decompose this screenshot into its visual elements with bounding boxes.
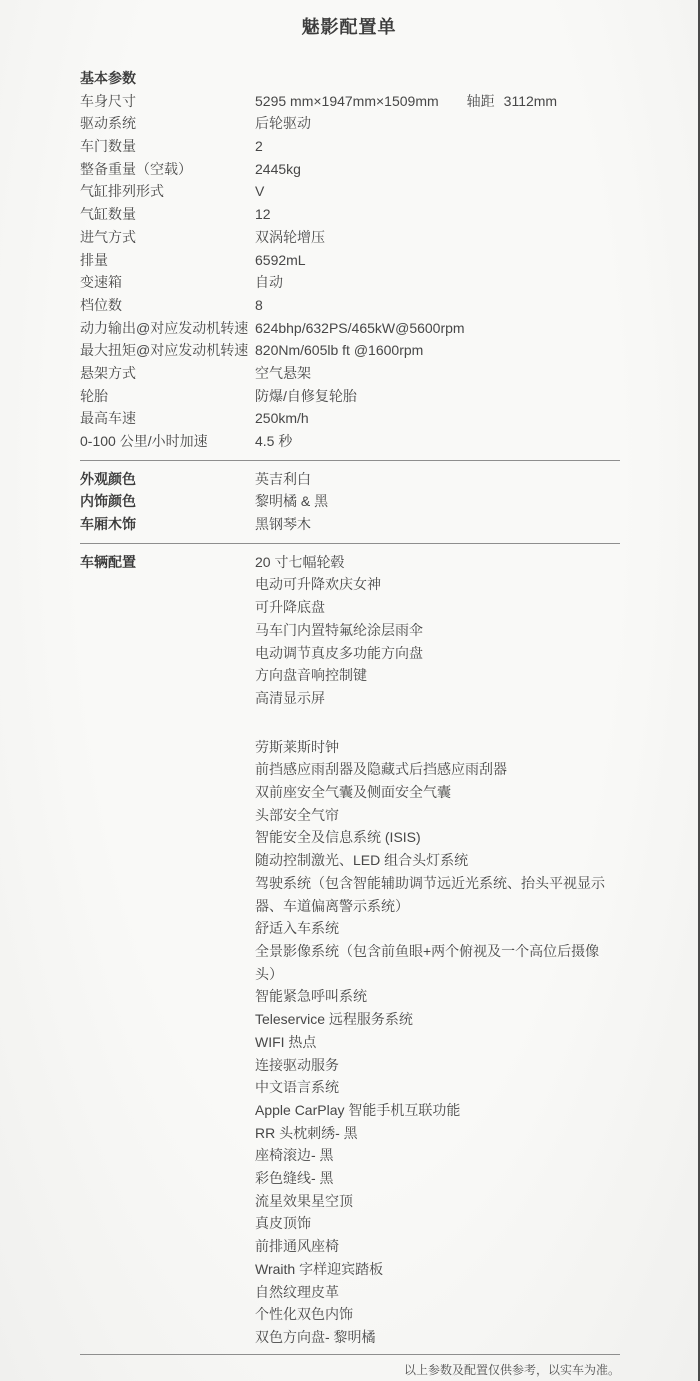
spec-value: 4.5 秒	[255, 430, 292, 453]
spec-row-max-torque: 最大扭矩@对应发动机转速 820Nm/605lb ft @1600rpm	[80, 339, 620, 362]
spec-row-interior-color: 内饰颜色 黎明橘 & 黑	[80, 490, 620, 513]
spec-extra: 轴距3112mm	[467, 90, 557, 113]
spec-row-doors: 车门数量 2	[80, 135, 620, 158]
config-item: RR 头枕刺绣- 黑	[255, 1122, 620, 1145]
spec-value: 双涡轮增压	[255, 226, 325, 249]
spec-row-displacement: 排量 6592mL	[80, 249, 620, 272]
config-item: 20 寸七幅轮毂	[255, 551, 620, 574]
spec-value: 12	[255, 203, 271, 226]
config-item: 劳斯莱斯时钟	[255, 736, 620, 759]
config-item: 前挡感应雨刮器及隐藏式后挡感应雨刮器	[255, 758, 620, 781]
spec-label: 变速箱	[80, 271, 255, 294]
spec-label: 车厢木饰	[80, 513, 255, 536]
spec-value: 自动	[255, 271, 283, 294]
section-vehicle-config: 车辆配置 20 寸七幅轮毂 电动可升降欢庆女神 可升降底盘 马车门内置特氟纶涂层…	[80, 551, 620, 1349]
config-item: Apple CarPlay 智能手机互联功能	[255, 1099, 620, 1122]
config-item: 连接驱动服务	[255, 1054, 620, 1077]
spec-row-cylinder-count: 气缸数量 12	[80, 203, 620, 226]
config-item-list-group2: 劳斯莱斯时钟 前挡感应雨刮器及隐藏式后挡感应雨刮器 双前座安全气囊及侧面安全气囊…	[255, 736, 620, 1349]
config-item: 驾驶系统（包含智能辅助调节远近光系统、抬头平视显示器、车道偏离警示系统）	[255, 872, 620, 917]
config-item: 个性化双色内饰	[255, 1303, 620, 1326]
spec-row-body-size: 车身尺寸 5295 mm×1947mm×1509mm 轴距3112mm	[80, 90, 620, 113]
divider	[80, 543, 620, 544]
spec-label: 排量	[80, 249, 255, 272]
config-item: 马车门内置特氟纶涂层雨伞	[255, 619, 620, 642]
config-item: 自然纹理皮革	[255, 1281, 620, 1304]
spec-value: V	[255, 180, 264, 203]
config-item: 全景影像系统（包含前鱼眼+两个俯视及一个高位后摄像头）	[255, 940, 620, 985]
spec-label: 驱动系统	[80, 112, 255, 135]
config-item: WIFI 热点	[255, 1031, 620, 1054]
spec-value: 防爆/自修复轮胎	[255, 385, 357, 408]
config-item: 智能安全及信息系统 (ISIS)	[255, 826, 620, 849]
config-item: Wraith 字样迎宾踏板	[255, 1258, 620, 1281]
config-item: 真皮顶饰	[255, 1212, 620, 1235]
config-item-list: 20 寸七幅轮毂 电动可升降欢庆女神 可升降底盘 马车门内置特氟纶涂层雨伞 电动…	[255, 551, 620, 1349]
spec-label: 车身尺寸	[80, 90, 255, 113]
spec-value: 820Nm/605lb ft @1600rpm	[255, 339, 423, 362]
spec-extra-value: 3112mm	[504, 93, 557, 109]
spec-value: 2	[255, 135, 263, 158]
spec-sheet-page: 魅影配置单 基本参数 车身尺寸 5295 mm×1947mm×1509mm 轴距…	[0, 0, 700, 1381]
config-item: 电动可升降欢庆女神	[255, 573, 620, 596]
config-item: 高清显示屏	[255, 687, 620, 710]
config-item: 前排通风座椅	[255, 1235, 620, 1258]
section-basic-params-heading: 基本参数	[80, 67, 620, 90]
config-item: 方向盘音响控制键	[255, 664, 620, 687]
spec-value: 2445kg	[255, 158, 301, 181]
spec-label: 最大扭矩@对应发动机转速	[80, 339, 255, 362]
spec-value: 黑钢琴木	[255, 513, 311, 536]
spec-row-top-speed: 最高车速 250km/h	[80, 407, 620, 430]
spec-row-power-output: 动力输出@对应发动机转速 624bhp/632PS/465kW@5600rpm	[80, 317, 620, 340]
spec-value: 5295 mm×1947mm×1509mm	[255, 90, 439, 113]
spec-value: 黎明橘 & 黑	[255, 490, 328, 513]
spec-label: 内饰颜色	[80, 490, 255, 513]
spec-label: 车门数量	[80, 135, 255, 158]
spec-row-acceleration: 0-100 公里/小时加速 4.5 秒	[80, 430, 620, 453]
config-item: 座椅滚边- 黑	[255, 1144, 620, 1167]
config-item: 中文语言系统	[255, 1076, 620, 1099]
config-item: 电动调节真皮多功能方向盘	[255, 642, 620, 665]
config-item: 流星效果星空顶	[255, 1190, 620, 1213]
spec-row-tires: 轮胎 防爆/自修复轮胎	[80, 385, 620, 408]
spec-label: 气缸排列形式	[80, 180, 255, 203]
page-title: 魅影配置单	[0, 0, 698, 39]
spec-value: 英吉利白	[255, 468, 311, 491]
divider	[80, 460, 620, 461]
config-item: 舒适入车系统	[255, 917, 620, 940]
spec-label: 0-100 公里/小时加速	[80, 430, 255, 453]
spec-value: 6592mL	[255, 249, 306, 272]
section-vehicle-config-heading: 车辆配置	[80, 551, 255, 1349]
spec-value: 250km/h	[255, 407, 309, 430]
spec-extra-label: 轴距	[467, 93, 495, 109]
spec-label: 悬架方式	[80, 362, 255, 385]
config-item: 双色方向盘- 黎明橘	[255, 1326, 620, 1349]
spec-row-exterior-color: 外观颜色 英吉利白	[80, 468, 620, 491]
config-item: 双前座安全气囊及侧面安全气囊	[255, 781, 620, 804]
spec-label: 动力输出@对应发动机转速	[80, 317, 255, 340]
spec-label: 外观颜色	[80, 468, 255, 491]
spec-row-drivetrain: 驱动系统 后轮驱动	[80, 112, 620, 135]
spec-label: 进气方式	[80, 226, 255, 249]
spec-label: 整备重量（空载）	[80, 158, 255, 181]
config-item: Teleservice 远程服务系统	[255, 1008, 620, 1031]
sheet-content: 基本参数 车身尺寸 5295 mm×1947mm×1509mm 轴距3112mm…	[80, 67, 620, 1378]
spec-value: 624bhp/632PS/465kW@5600rpm	[255, 317, 465, 340]
config-item: 头部安全气帘	[255, 804, 620, 827]
spec-row-suspension: 悬架方式 空气悬架	[80, 362, 620, 385]
spec-label: 档位数	[80, 294, 255, 317]
spec-row-cabin-wood-trim: 车厢木饰 黑钢琴木	[80, 513, 620, 536]
spec-row-induction: 进气方式 双涡轮增压	[80, 226, 620, 249]
footer-disclaimer: 以上参数及配置仅供参考，以实车为准。	[80, 1361, 620, 1378]
footer-divider	[80, 1354, 620, 1355]
config-item: 智能紧急呼叫系统	[255, 985, 620, 1008]
spec-row-gear-count: 档位数 8	[80, 294, 620, 317]
spec-value: 后轮驱动	[255, 112, 311, 135]
spec-row-gearbox: 变速箱 自动	[80, 271, 620, 294]
spec-row-curb-weight: 整备重量（空载） 2445kg	[80, 158, 620, 181]
config-item: 可升降底盘	[255, 596, 620, 619]
config-item: 彩色缝线- 黑	[255, 1167, 620, 1190]
config-item: 随动控制激光、LED 组合头灯系统	[255, 849, 620, 872]
spec-value: 8	[255, 294, 263, 317]
spec-value: 空气悬架	[255, 362, 311, 385]
spec-label: 气缸数量	[80, 203, 255, 226]
spec-row-cylinder-layout: 气缸排列形式 V	[80, 180, 620, 203]
spec-label: 轮胎	[80, 385, 255, 408]
spec-label: 最高车速	[80, 407, 255, 430]
